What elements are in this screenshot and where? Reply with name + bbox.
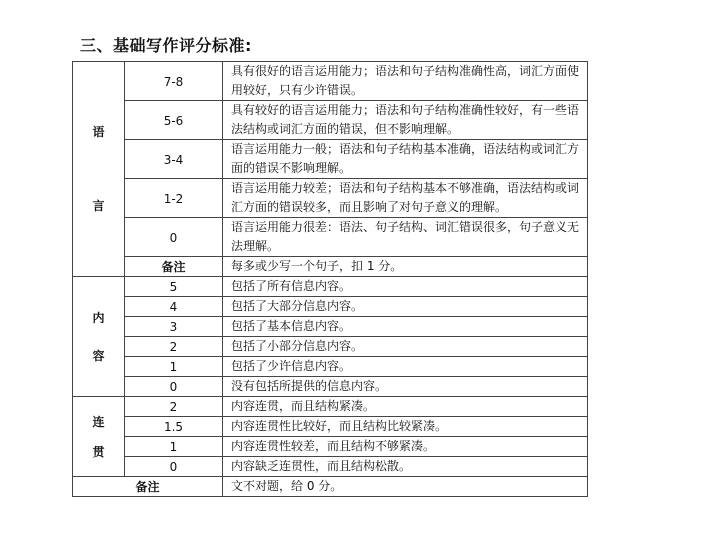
table-row: 1 内容连贯性较差，而且结构不够紧凑。 — [73, 437, 588, 457]
table-row: 内 容 5 包括了所有信息内容。 — [73, 277, 588, 297]
score-cell: 1 — [125, 437, 223, 457]
score-cell: 5 — [125, 277, 223, 297]
description-cell: 内容缺乏连贯性，而且结构松散。 — [223, 457, 588, 477]
score-cell: 0 — [125, 218, 223, 257]
category-coherence: 连 贯 — [73, 397, 125, 477]
description-cell: 包括了所有信息内容。 — [223, 277, 588, 297]
table-row: 5-6 具有较好的语言运用能力；语法和句子结构准确性较好，有一些语法结构或词汇方… — [73, 101, 588, 140]
scoring-rubric-table: 语 言 7-8 具有很好的语言运用能力；语法和句子结构准确性高，词汇方面使用较好… — [72, 61, 588, 497]
score-cell: 2 — [125, 337, 223, 357]
score-cell: 7-8 — [125, 62, 223, 101]
table-row: 3 包括了基本信息内容。 — [73, 317, 588, 337]
score-cell: 3 — [125, 317, 223, 337]
section-title: 三、基础写作评分标准: — [80, 33, 252, 56]
score-cell: 0 — [125, 377, 223, 397]
description-cell: 内容连贯性较差，而且结构不够紧凑。 — [223, 437, 588, 457]
description-cell: 包括了基本信息内容。 — [223, 317, 588, 337]
score-cell: 1.5 — [125, 417, 223, 437]
note-text: 每多或少写一个句子，扣 1 分。 — [223, 257, 588, 277]
description-cell: 内容连贯，而且结构紧凑。 — [223, 397, 588, 417]
category-content: 内 容 — [73, 277, 125, 397]
description-cell: 包括了少许信息内容。 — [223, 357, 588, 377]
table-row: 1-2 语言运用能力较差；语法和句子结构基本不够准确，语法结构或词汇方面的错误较… — [73, 179, 588, 218]
description-cell: 具有较好的语言运用能力；语法和句子结构准确性较好，有一些语法结构或词汇方面的错误… — [223, 101, 588, 140]
score-cell: 3-4 — [125, 140, 223, 179]
description-cell: 包括了小部分信息内容。 — [223, 337, 588, 357]
table-row: 0 内容缺乏连贯性，而且结构松散。 — [73, 457, 588, 477]
table-row: 语 言 7-8 具有很好的语言运用能力；语法和句子结构准确性高，词汇方面使用较好… — [73, 62, 588, 101]
table-row-note: 备注 每多或少写一个句子，扣 1 分。 — [73, 257, 588, 277]
final-note-text: 文不对题，给 0 分。 — [223, 477, 588, 497]
description-cell: 内容连贯性比较好，而且结构比较紧凑。 — [223, 417, 588, 437]
description-cell: 语言运用能力很差：语法、句子结构、词汇错误很多，句子意义无法理解。 — [223, 218, 588, 257]
table-row: 1.5 内容连贯性比较好，而且结构比较紧凑。 — [73, 417, 588, 437]
final-note-label: 备注 — [73, 477, 223, 497]
description-cell: 语言运用能力较差；语法和句子结构基本不够准确，语法结构或词汇方面的错误较多，而且… — [223, 179, 588, 218]
score-cell: 5-6 — [125, 101, 223, 140]
category-language: 语 言 — [73, 62, 125, 277]
table-row: 连 贯 2 内容连贯，而且结构紧凑。 — [73, 397, 588, 417]
table-row-final-note: 备注 文不对题，给 0 分。 — [73, 477, 588, 497]
score-cell: 1 — [125, 357, 223, 377]
description-cell: 语言运用能力一般；语法和句子结构基本准确，语法结构或词汇方面的错误不影响理解。 — [223, 140, 588, 179]
score-cell: 2 — [125, 397, 223, 417]
score-cell: 0 — [125, 457, 223, 477]
table-row: 4 包括了大部分信息内容。 — [73, 297, 588, 317]
table-row: 3-4 语言运用能力一般；语法和句子结构基本准确，语法结构或词汇方面的错误不影响… — [73, 140, 588, 179]
table-row: 0 没有包括所提供的信息内容。 — [73, 377, 588, 397]
description-cell: 没有包括所提供的信息内容。 — [223, 377, 588, 397]
table-row: 1 包括了少许信息内容。 — [73, 357, 588, 377]
score-cell: 1-2 — [125, 179, 223, 218]
description-cell: 具有很好的语言运用能力；语法和句子结构准确性高，词汇方面使用较好，只有少许错误。 — [223, 62, 588, 101]
table-row: 2 包括了小部分信息内容。 — [73, 337, 588, 357]
table-row: 0 语言运用能力很差：语法、句子结构、词汇错误很多，句子意义无法理解。 — [73, 218, 588, 257]
description-cell: 包括了大部分信息内容。 — [223, 297, 588, 317]
score-cell: 4 — [125, 297, 223, 317]
note-label: 备注 — [125, 257, 223, 277]
